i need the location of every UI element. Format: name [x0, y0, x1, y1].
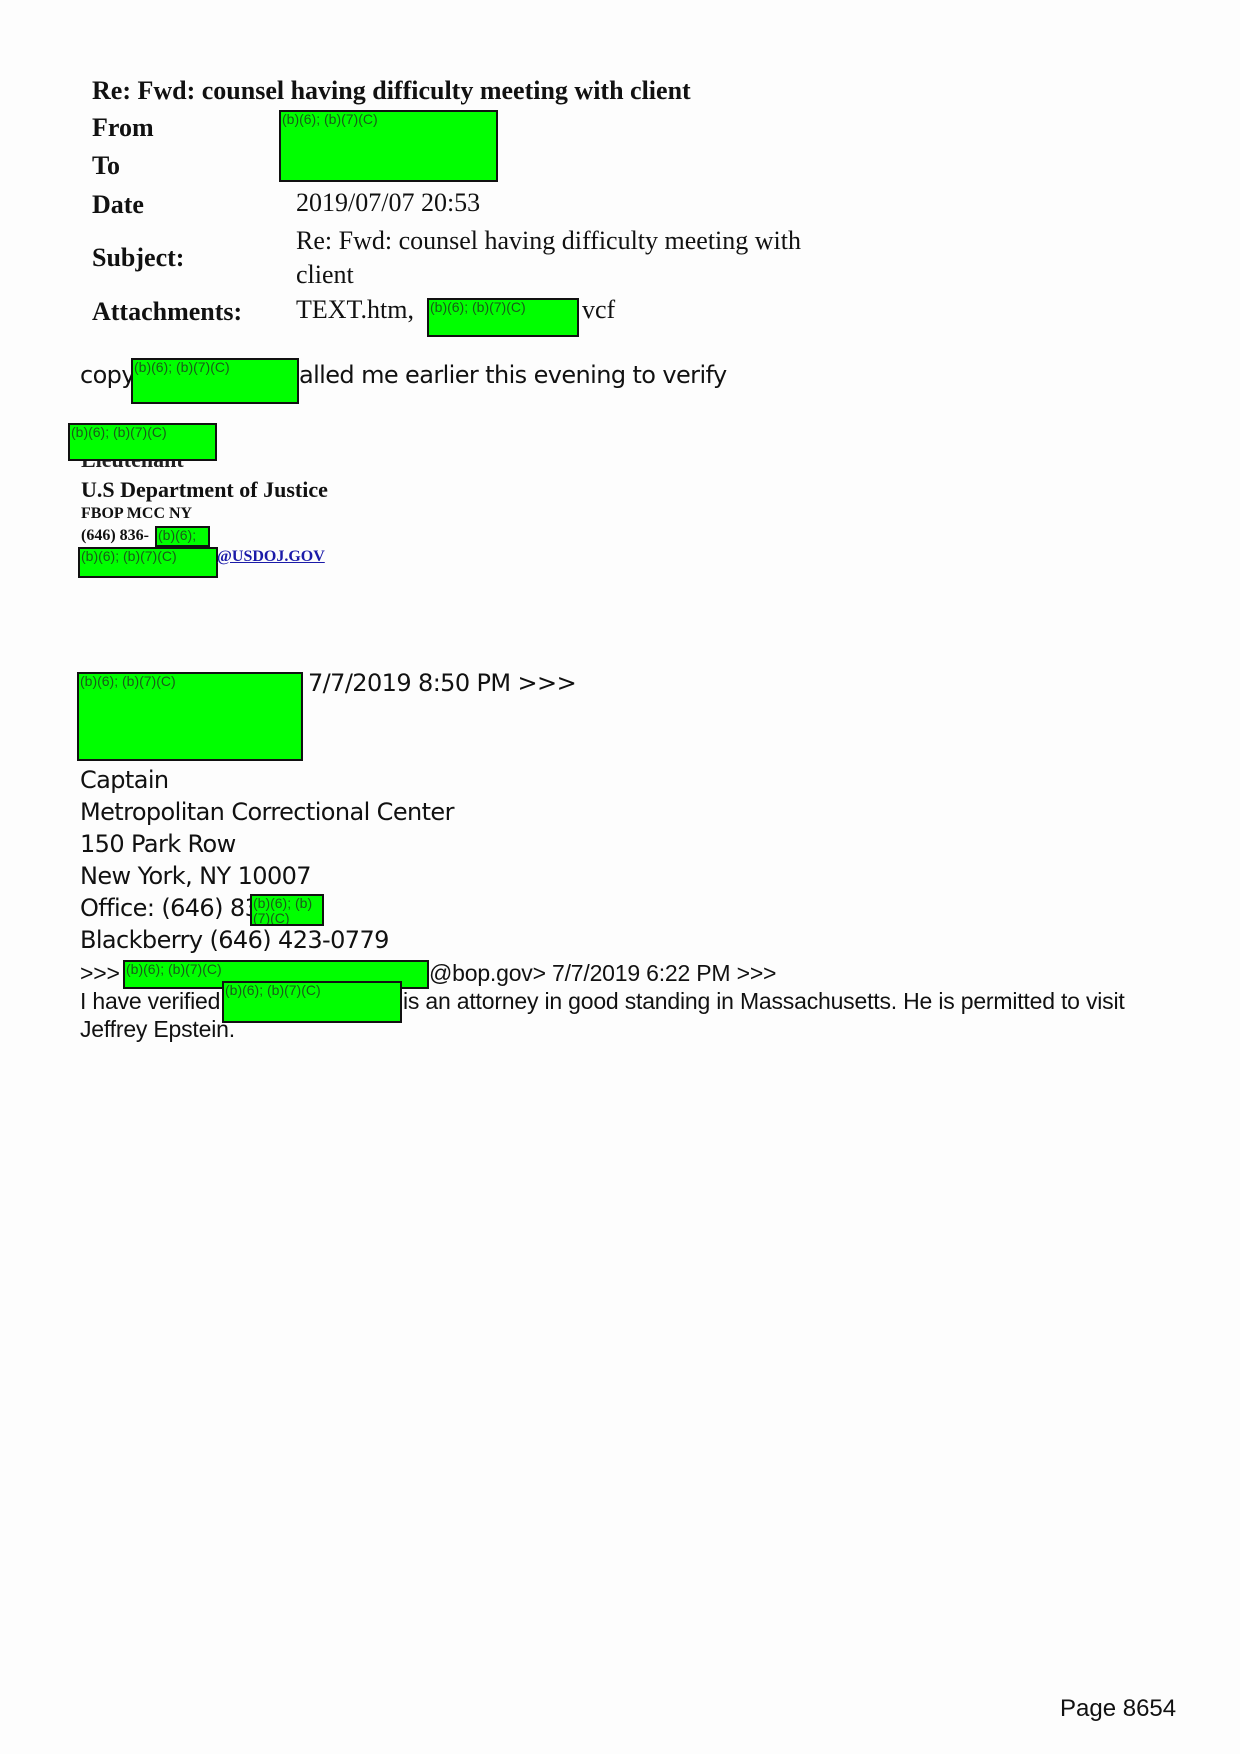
date-value: 2019/07/07 20:53 [296, 188, 480, 218]
attachments-label: Attachments: [92, 297, 242, 327]
quoted2-line1-prefix: I have verified [80, 988, 220, 1015]
quoted1-signature-line: Metropolitan Correctional Center [80, 798, 454, 826]
redaction-signature-email: (b)(6); (b)(7)(C) [78, 547, 218, 578]
redaction-from-to: (b)(6); (b)(7)(C) [279, 110, 498, 182]
signature-org: U.S Department of Justice [81, 477, 328, 503]
subject-label: Subject: [92, 243, 184, 273]
subject-value-line2: client [296, 260, 354, 290]
quoted2-line1-text: is an attorney in good standing in Massa… [403, 988, 1125, 1015]
from-label: From [92, 113, 154, 143]
redaction-attachment: (b)(6); (b)(7)(C) [427, 298, 579, 337]
quoted1-signature-line: Captain [80, 766, 169, 794]
redaction-quoted-sender: (b)(6); (b)(7)(C) [77, 672, 303, 761]
redaction-signature-name: (b)(6); (b)(7)(C) [68, 423, 217, 461]
quoted1-timestamp: 7/7/2019 8:50 PM >>> [308, 669, 576, 697]
body-copy-text: alled me earlier this evening to verify [299, 361, 727, 389]
signature-unit: FBOP MCC NY [81, 505, 192, 523]
to-label: To [92, 151, 120, 181]
subject-value-line1: Re: Fwd: counsel having difficulty meeti… [296, 226, 801, 256]
redaction-office-phone: (b)(6); (b)(7)(C) [250, 894, 324, 926]
signature-email-link[interactable]: @USDOJ.GOV [217, 548, 325, 566]
attachment-text-htm[interactable]: TEXT.htm, [296, 295, 414, 325]
body-copy-prefix: copy [80, 361, 135, 389]
date-label: Date [92, 190, 144, 220]
quoted1-blackberry: Blackberry (646) 423-0779 [80, 926, 389, 954]
quoted2-header: @bop.gov> 7/7/2019 6:22 PM >>> [429, 960, 776, 987]
quoted1-signature-line: New York, NY 10007 [80, 862, 311, 890]
redaction-signature-phone: (b)(6); (b)(7)(C) [155, 526, 210, 547]
quoted1-signature-line: 150 Park Row [80, 830, 236, 858]
page-number: Page 8654 [1060, 1695, 1176, 1723]
quoted2-prefix: >>> [80, 960, 120, 987]
email-title: Re: Fwd: counsel having difficulty meeti… [92, 76, 691, 106]
redaction-attorney-name: (b)(6); (b)(7)(C) [222, 981, 402, 1023]
redaction-caller: (b)(6); (b)(7)(C) [131, 358, 299, 404]
attachment-vcf[interactable]: vcf [582, 295, 615, 325]
signature-phone: (646) 836- [81, 527, 149, 545]
quoted2-line2-text: Jeffrey Epstein. [80, 1016, 235, 1043]
